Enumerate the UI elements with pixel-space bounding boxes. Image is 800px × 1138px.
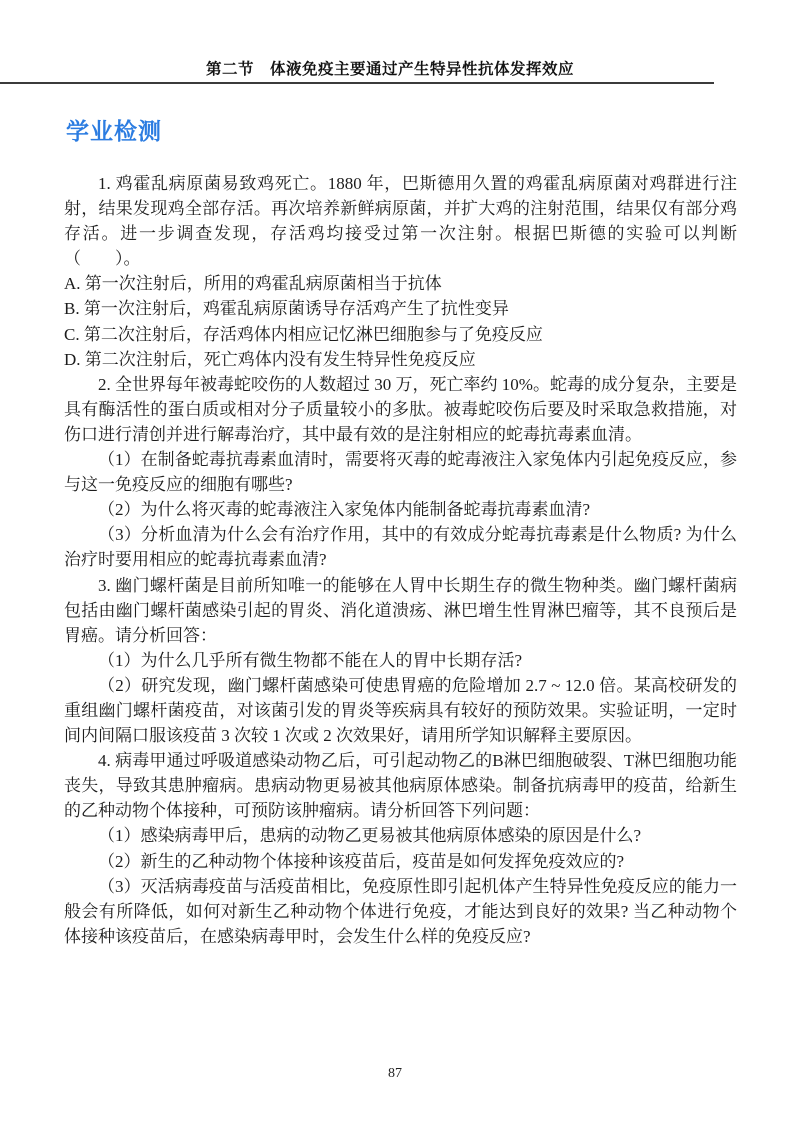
question-3-sub-1: （1）为什么几乎所有微生物都不能在人的胃中长期存活?	[64, 648, 737, 673]
question-1-option-a: A. 第一次注射后，所用的鸡霍乱病原菌相当于抗体	[64, 271, 737, 296]
exercise-content: 1. 鸡霍乱病原菌易致鸡死亡。1880 年，巴斯德用久置的鸡霍乱病原菌对鸡群进行…	[64, 171, 737, 949]
question-4-sub-2: （2）新生的乙种动物个体接种该疫苗后，疫苗是如何发挥免疫效应的?	[64, 849, 737, 874]
question-3-text: 3. 幽门螺杆菌是目前所知唯一的能够在人胃中长期生存的微生物种类。幽门螺杆菌病包…	[64, 573, 737, 648]
question-2-sub-1: （1）在制备蛇毒抗毒素血清时，需要将灭毒的蛇毒液注入家兔体内引起免疫反应，参与这…	[64, 447, 737, 497]
question-1-option-d: D. 第二次注射后，死亡鸡体内没有发生特异性免疫反应	[64, 347, 737, 372]
question-4-sub-3: （3）灭活病毒疫苗与活疫苗相比，免疫原性即引起机体产生特异性免疫反应的能力一般会…	[64, 874, 737, 949]
question-4-sub-1: （1）感染病毒甲后，患病的动物乙更易被其他病原体感染的原因是什么?	[64, 823, 737, 848]
header-divider	[0, 82, 714, 84]
question-2-sub-2: （2）为什么将灭毒的蛇毒液注入家兔体内能制备蛇毒抗毒素血清?	[64, 497, 737, 522]
question-1-option-b: B. 第一次注射后，鸡霍乱病原菌诱导存活鸡产生了抗性变异	[64, 296, 737, 321]
question-4-text: 4. 病毒甲通过呼吸道感染动物乙后，可引起动物乙的B淋巴细胞破裂、T淋巴细胞功能…	[64, 748, 737, 823]
question-1-text: 1. 鸡霍乱病原菌易致鸡死亡。1880 年，巴斯德用久置的鸡霍乱病原菌对鸡群进行…	[64, 171, 737, 271]
question-2-sub-3: （3）分析血清为什么会有治疗作用，其中的有效成分蛇毒抗毒素是什么物质? 为什么治…	[64, 522, 737, 572]
chapter-header-title: 第二节 体液免疫主要通过产生特异性抗体发挥效应	[0, 57, 780, 79]
page-number: 87	[0, 1066, 790, 1082]
question-3-sub-2: （2）研究发现，幽门螺杆菌感染可使患胃癌的危险增加 2.7 ~ 12.0 倍。某…	[64, 673, 737, 748]
question-1-option-c: C. 第二次注射后，存活鸡体内相应记忆淋巴细胞参与了免疫反应	[64, 322, 737, 347]
textbook-page: 第二节 体液免疫主要通过产生特异性抗体发挥效应 学业检测 1. 鸡霍乱病原菌易致…	[0, 0, 800, 1138]
question-2-text: 2. 全世界每年被毒蛇咬伤的人数超过 30 万，死亡率约 10%。蛇毒的成分复杂…	[64, 372, 737, 447]
section-title: 学业检测	[66, 113, 162, 146]
